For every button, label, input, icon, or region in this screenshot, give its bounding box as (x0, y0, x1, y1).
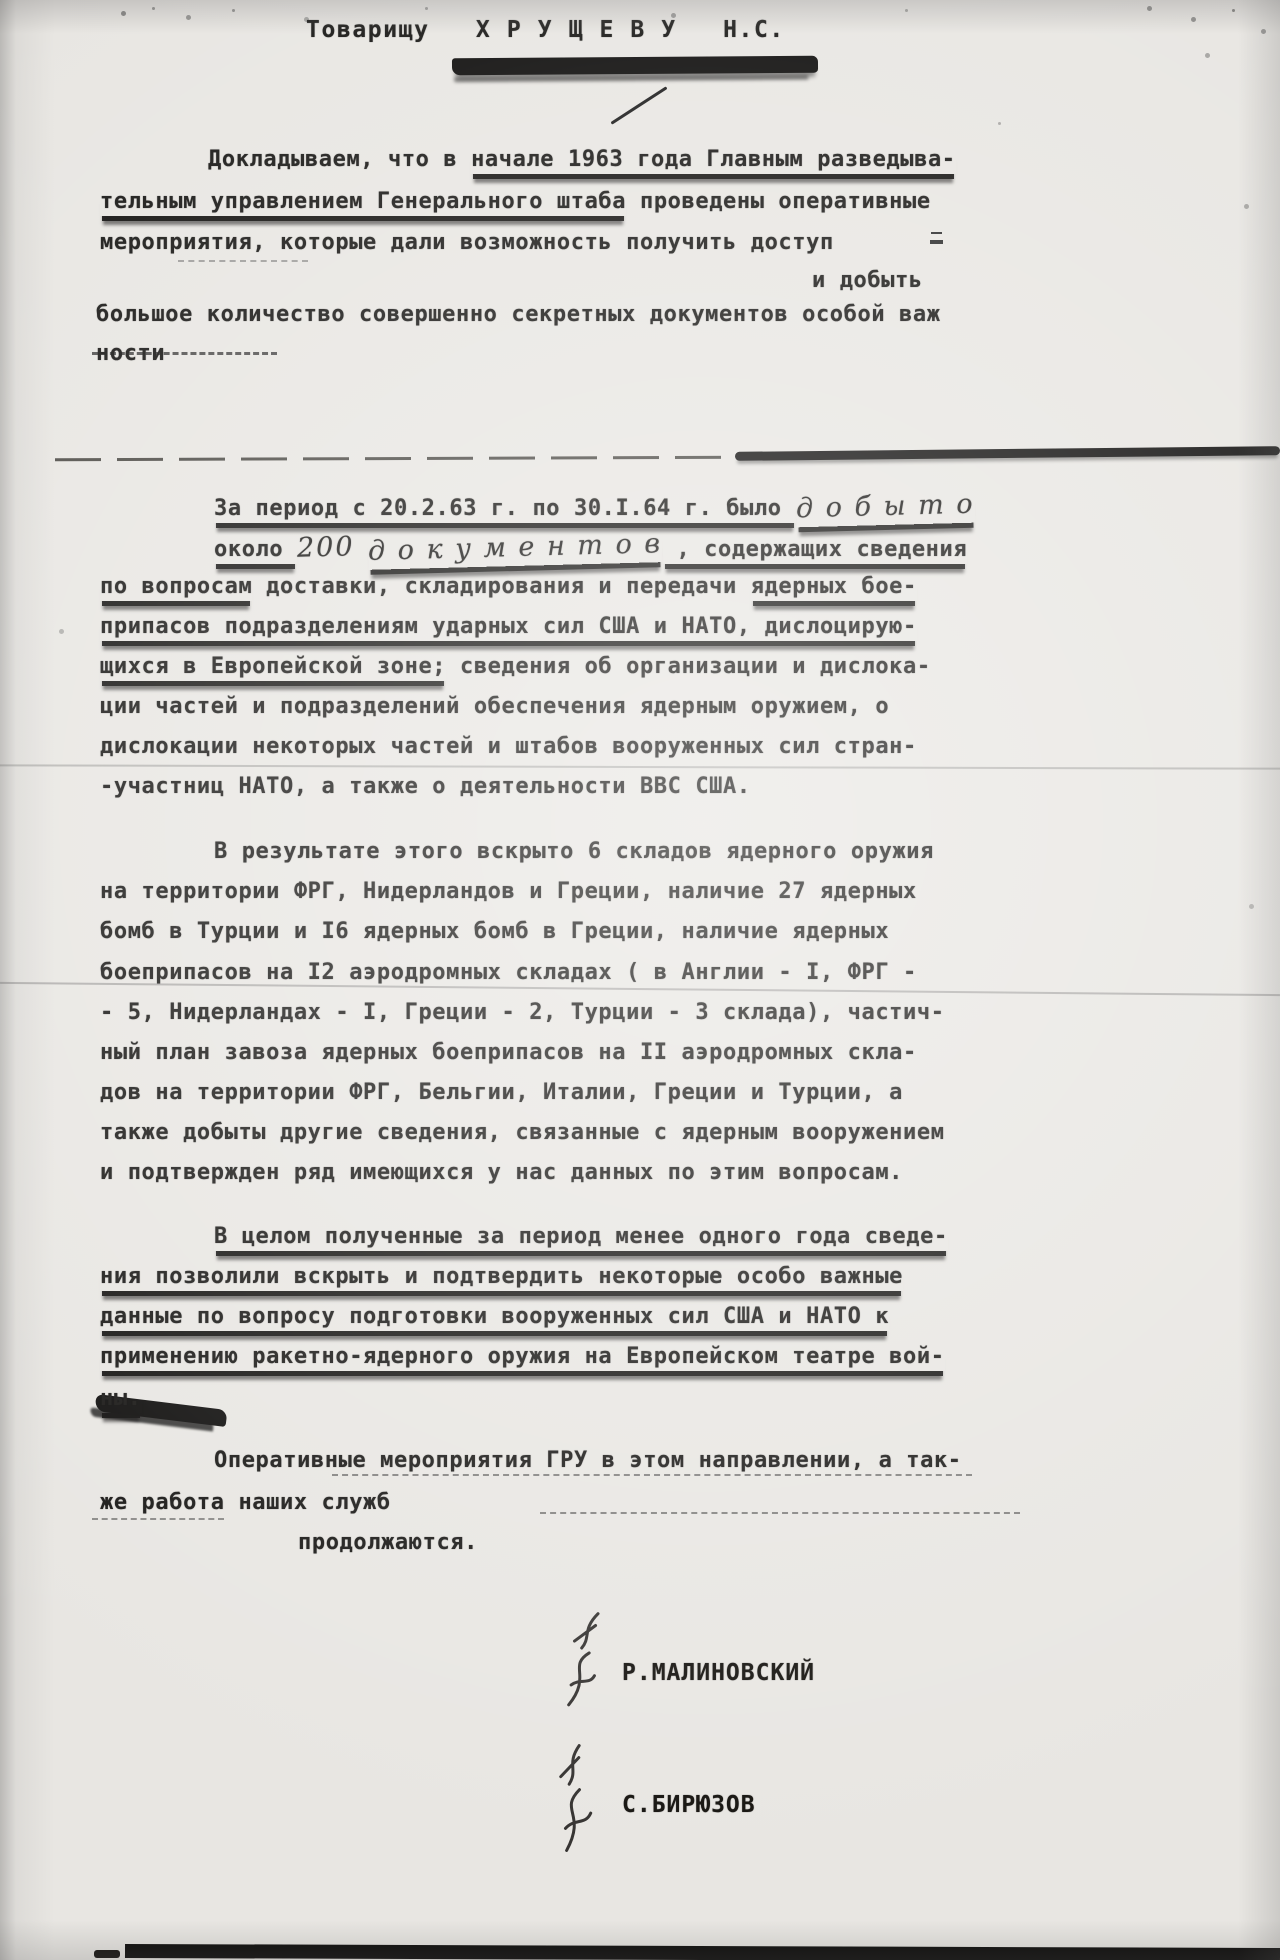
doc-line: и добыть (812, 267, 923, 295)
doc-line: и подтвержден ряд имеющихся у нас данных… (100, 1159, 903, 1187)
doc-line: боеприпасов на I2 аэродромных складах ( … (100, 959, 917, 987)
typed-text: и подтвержден ряд имеющихся у нас данных… (100, 1160, 903, 1185)
doc-line: -участниц НАТО, а также о деятельности В… (100, 773, 751, 801)
doc-line: Докладываем, что в начале 1963 года Глав… (208, 146, 956, 174)
doc-line: также добыты другие сведения, связанные … (100, 1119, 945, 1147)
doc-line: же работа наших служб (100, 1489, 391, 1517)
typed-text: тельным управлением Генерального штаба (100, 189, 626, 216)
paper-fold-line (0, 764, 1280, 769)
typed-text: щихся в Европейской зоне; (100, 654, 446, 681)
typed-text: ный план завоза ядерных боеприпасов на I… (100, 1040, 917, 1065)
scan-specks (0, 0, 3, 3)
handwritten-annotation: 200 (297, 530, 355, 565)
doc-line: ции частей и подразделений обеспечения я… (100, 693, 889, 721)
faint-dash-artifact (178, 260, 308, 262)
typed-text: дислокации некоторых частей и штабов воо… (100, 734, 917, 759)
typed-text (355, 537, 369, 562)
signature-flourish-icon (547, 1739, 599, 1861)
doc-line: дислокации некоторых частей и штабов воо… (100, 733, 917, 761)
typed-text: сведения об организации и дислока- (446, 654, 931, 679)
faint-underline-artifact (92, 1518, 224, 1520)
typed-text: доставки, складирования и передачи (252, 574, 750, 599)
typed-text: - 5, Нидерландах - I, Греции - 2, Турции… (100, 1000, 945, 1025)
typed-text: бомб в Турции и I6 ядерных бомб в Греции… (100, 919, 889, 944)
doc-line: применению ракетно-ядерного оружия на Ев… (100, 1343, 945, 1371)
handwritten-annotation: д о б ы т о (795, 488, 974, 527)
typed-text: около (214, 537, 297, 564)
signature-name-malinovsky: Р.МАЛИНОВСКИЙ (622, 1660, 815, 1686)
typed-text: ядерных бое- (751, 574, 917, 601)
typed-text: В целом полученные за период менее одног… (214, 1224, 948, 1251)
typed-text: Оперативные мероприятия ГРУ в этом напра… (214, 1448, 962, 1473)
typed-text: , содержащих сведения (663, 537, 968, 564)
doc-line: данные по вопросу подготовки вооруженных… (100, 1303, 889, 1331)
typed-text: данные по вопросу подготовки вооруженных… (100, 1304, 889, 1331)
typed-text: Докладываем, что в (208, 147, 471, 172)
doc-line: большое количество совершенно секретных … (96, 301, 941, 329)
signature-name-biryuzov: С.БИРЮЗОВ (622, 1792, 756, 1818)
doc-line: ны. (100, 1385, 142, 1413)
signature-flourish-icon (552, 1606, 611, 1719)
typed-text: начале 1963 года Главным разведыва- (471, 147, 956, 174)
typed-text: также добыты другие сведения, связанные … (100, 1120, 945, 1145)
doc-line: дов на территории ФРГ, Бельгии, Италии, … (100, 1079, 903, 1107)
handwritten-annotation: д о к у м е н т о в (368, 527, 663, 569)
doc-line: В результате этого вскрыто 6 складов яде… (214, 838, 934, 866)
typed-text: ния позволили вскрыть и подтвердить неко… (100, 1264, 903, 1291)
typed-text: припасов подразделениям ударных сил США … (100, 614, 917, 641)
doc-line: мероприятия, которые дали возможность по… (100, 229, 834, 257)
typed-text: В результате этого вскрыто 6 складов яде… (214, 839, 934, 864)
typed-text: большое количество совершенно секретных … (96, 302, 941, 327)
typed-text: ности (96, 341, 165, 366)
paper-crease-left (55, 456, 745, 461)
doc-line: продолжаются. (298, 1529, 478, 1557)
typed-text: на территории ФРГ, Нидерландов и Греции,… (100, 879, 917, 904)
doc-line: припасов подразделениям ударных сил США … (100, 613, 917, 641)
typed-text: ны. (100, 1386, 142, 1413)
doc-line: по вопросам доставки, складирования и пе… (100, 573, 917, 601)
scanned-document-page: Товарищу Х Р У Щ Е В У Н.С.Докладываем, … (0, 0, 1280, 1960)
doc-line: ности (96, 340, 165, 368)
scan-edge-band (125, 1944, 1280, 1960)
doc-line: За период с 20.2.63 г. по 30.I.64 г. был… (214, 490, 974, 525)
scan-edge-mark (94, 1950, 120, 1958)
typed-text: по вопросам (100, 574, 252, 601)
typed-text: боеприпасов на I2 аэродромных складах ( … (100, 960, 917, 985)
doc-line: около 200 д о к у м е н т о в , содержащ… (214, 531, 967, 566)
doc-line: В целом полученные за период менее одног… (214, 1223, 948, 1251)
typed-text: проведены оперативные (626, 189, 931, 214)
margin-dash-mark (930, 240, 943, 244)
doc-line: щихся в Европейской зоне; сведения об ор… (100, 653, 931, 681)
typed-text: дов на территории ФРГ, Бельгии, Италии, … (100, 1080, 903, 1105)
typed-text: применению ракетно-ядерного оружия на Ев… (100, 1344, 945, 1371)
doc-line: бомб в Турции и I6 ядерных бомб в Греции… (100, 918, 889, 946)
typed-text: За период с 20.2.63 г. по 30.I.64 г. был… (214, 496, 796, 523)
document-title: Товарищу Х Р У Щ Е В У Н.С. (306, 16, 785, 45)
pen-slash-mark (611, 86, 668, 124)
faint-underline-artifact (540, 1512, 1020, 1514)
heavy-underline-smear (735, 446, 1280, 461)
typed-text: -участниц НАТО, а также о деятельности В… (100, 774, 751, 799)
doc-line: ный план завоза ядерных боеприпасов на I… (100, 1039, 917, 1067)
typed-text: мероприятия, которые дали возможность по… (100, 230, 834, 255)
doc-line: на территории ФРГ, Нидерландов и Греции,… (100, 878, 917, 906)
doc-line: ния позволили вскрыть и подтвердить неко… (100, 1263, 903, 1291)
typed-text: ции частей и подразделений обеспечения я… (100, 694, 889, 719)
typed-text: и добыть (812, 268, 923, 293)
doc-line: Оперативные мероприятия ГРУ в этом напра… (214, 1447, 962, 1475)
typed-text: продолжаются. (298, 1530, 478, 1555)
doc-line: - 5, Нидерландах - I, Греции - 2, Турции… (100, 999, 945, 1027)
typed-text: же работа наших служб (100, 1490, 391, 1515)
title-heavy-underline (452, 56, 818, 76)
typed-text: Товарищу Х Р У Щ Е В У Н.С. (306, 17, 785, 43)
doc-line: тельным управлением Генерального штаба п… (100, 188, 931, 216)
